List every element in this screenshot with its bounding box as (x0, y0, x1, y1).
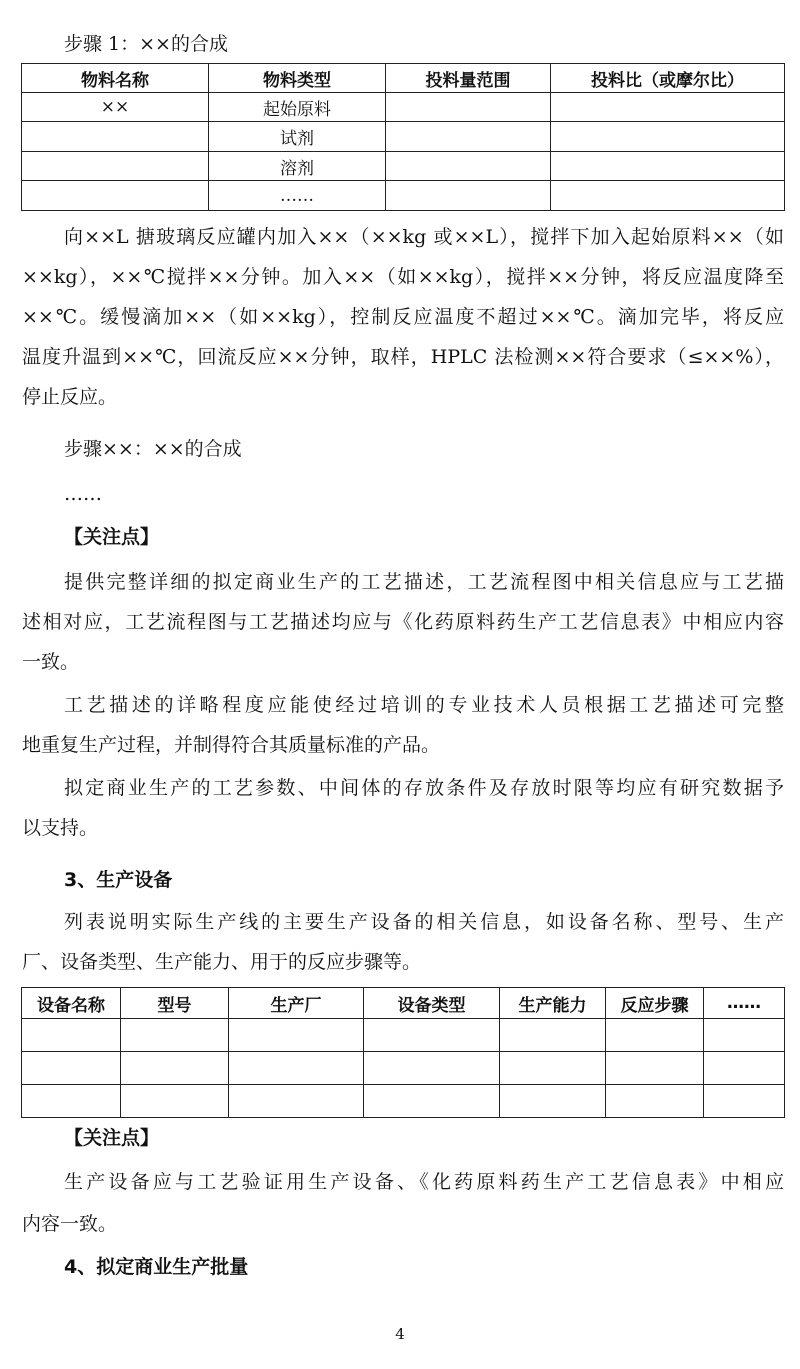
table-cell (386, 181, 551, 211)
section-3-heading: 3、生产设备 (64, 868, 784, 892)
paragraph-line: 温度升温到××℃，回流反应××分钟，取样，HPLC 法检测××符合要求（≤××%… (22, 345, 784, 369)
table-cell (386, 152, 551, 181)
table-cell: …… (209, 181, 386, 211)
table-cell (364, 1052, 500, 1085)
table-cell (606, 1085, 704, 1118)
header-more: …… (704, 988, 785, 1019)
table-cell (22, 181, 209, 211)
table-row: 溶剂 (22, 152, 785, 181)
table-row: 试剂 (22, 122, 785, 152)
header-manufacturer: 生产厂 (229, 988, 364, 1019)
table-cell (22, 1085, 121, 1118)
table-cell (500, 1052, 606, 1085)
step-xx-ellipsis: …… (64, 482, 784, 506)
paragraph-line: ××℃。缓慢滴加××（如××kg），控制反应温度不超过××℃。滴加完毕，将反应 (22, 305, 784, 329)
equipment-table: 设备名称 型号 生产厂 设备类型 生产能力 反应步骤 …… (21, 987, 785, 1118)
table-cell: 起始原料 (209, 93, 386, 122)
paragraph-line: 提供完整详细的拟定商业生产的工艺描述，工艺流程图中相关信息应与工艺描 (64, 570, 784, 594)
table-cell (551, 122, 785, 152)
table-cell (22, 152, 209, 181)
paragraph-line: 向××L 搪玻璃反应罐内加入××（××kg 或××L），搅拌下加入起始原料××（… (64, 225, 784, 249)
table-row (22, 1085, 785, 1118)
header-reaction-step: 反应步骤 (606, 988, 704, 1019)
step-xx-title: 步骤××：××的合成 (64, 437, 784, 461)
table-cell (121, 1052, 229, 1085)
paragraph-line: ××kg），××℃搅拌××分钟。加入××（如××kg），搅拌××分钟，将反应温度… (22, 265, 784, 289)
table-cell (606, 1019, 704, 1052)
table-cell (386, 93, 551, 122)
table-row: …… (22, 181, 785, 211)
paragraph-line: 工艺描述的详略程度应能使经过培训的专业技术人员根据工艺描述可完整 (64, 693, 784, 717)
table-cell (229, 1019, 364, 1052)
header-equipment-name: 设备名称 (22, 988, 121, 1019)
table-cell: 试剂 (209, 122, 386, 152)
table-cell (551, 181, 785, 211)
table-cell (500, 1085, 606, 1118)
paragraph-line: 列表说明实际生产线的主要生产设备的相关信息，如设备名称、型号、生产 (64, 910, 784, 934)
table-cell (229, 1085, 364, 1118)
header-charge-ratio: 投料比（或摩尔比） (551, 64, 785, 93)
paragraph-line: 以支持。 (22, 816, 784, 840)
table-row (22, 1052, 785, 1085)
table-cell: 溶剂 (209, 152, 386, 181)
step1-title: 步骤 1：××的合成 (64, 32, 784, 56)
header-capacity: 生产能力 (500, 988, 606, 1019)
table-cell (22, 1019, 121, 1052)
header-model: 型号 (121, 988, 229, 1019)
table-cell (704, 1052, 785, 1085)
table-cell (364, 1019, 500, 1052)
header-charge-range: 投料量范围 (386, 64, 551, 93)
equipment-table-header: 设备名称 型号 生产厂 设备类型 生产能力 反应步骤 …… (22, 988, 785, 1019)
materials-table-header: 物料名称 物料类型 投料量范围 投料比（或摩尔比） (22, 64, 785, 93)
paragraph-line: 停止反应。 (22, 385, 784, 409)
table-cell (551, 93, 785, 122)
table-cell (606, 1052, 704, 1085)
paragraph-line: 述相对应，工艺流程图与工艺描述均应与《化药原料药生产工艺信息表》中相应内容 (22, 610, 784, 634)
page-number: 4 (0, 1325, 800, 1343)
table-cell (704, 1085, 785, 1118)
paragraph-line: 地重复生产过程，并制得符合其质量标准的产品。 (22, 733, 784, 757)
paragraph-line: 拟定商业生产的工艺参数、中间体的存放条件及存放时限等均应有研究数据予 (64, 776, 784, 800)
table-row: ×× 起始原料 (22, 93, 785, 122)
table-cell (551, 152, 785, 181)
paragraph-line: 厂、设备类型、生产能力、用于的反应步骤等。 (22, 950, 784, 974)
table-cell (386, 122, 551, 152)
table-cell (364, 1085, 500, 1118)
table-row (22, 1019, 785, 1052)
header-equipment-type: 设备类型 (364, 988, 500, 1019)
focus-points-heading: 【关注点】 (64, 525, 784, 549)
paragraph-line: 内容一致。 (22, 1212, 784, 1236)
table-cell: ×× (22, 93, 209, 122)
table-cell (704, 1019, 785, 1052)
paragraph-line: 一致。 (22, 650, 784, 674)
table-cell (22, 122, 209, 152)
section-4-heading: 4、拟定商业生产批量 (64, 1255, 784, 1279)
focus-points-heading-2: 【关注点】 (64, 1126, 784, 1150)
table-cell (500, 1019, 606, 1052)
paragraph-line: 生产设备应与工艺验证用生产设备、《化药原料药生产工艺信息表》中相应 (64, 1170, 784, 1194)
table-cell (22, 1052, 121, 1085)
header-material-type: 物料类型 (209, 64, 386, 93)
table-cell (121, 1019, 229, 1052)
materials-table: 物料名称 物料类型 投料量范围 投料比（或摩尔比） ×× 起始原料 试剂 溶剂 … (21, 63, 785, 211)
header-material-name: 物料名称 (22, 64, 209, 93)
table-cell (121, 1085, 229, 1118)
table-cell (229, 1052, 364, 1085)
